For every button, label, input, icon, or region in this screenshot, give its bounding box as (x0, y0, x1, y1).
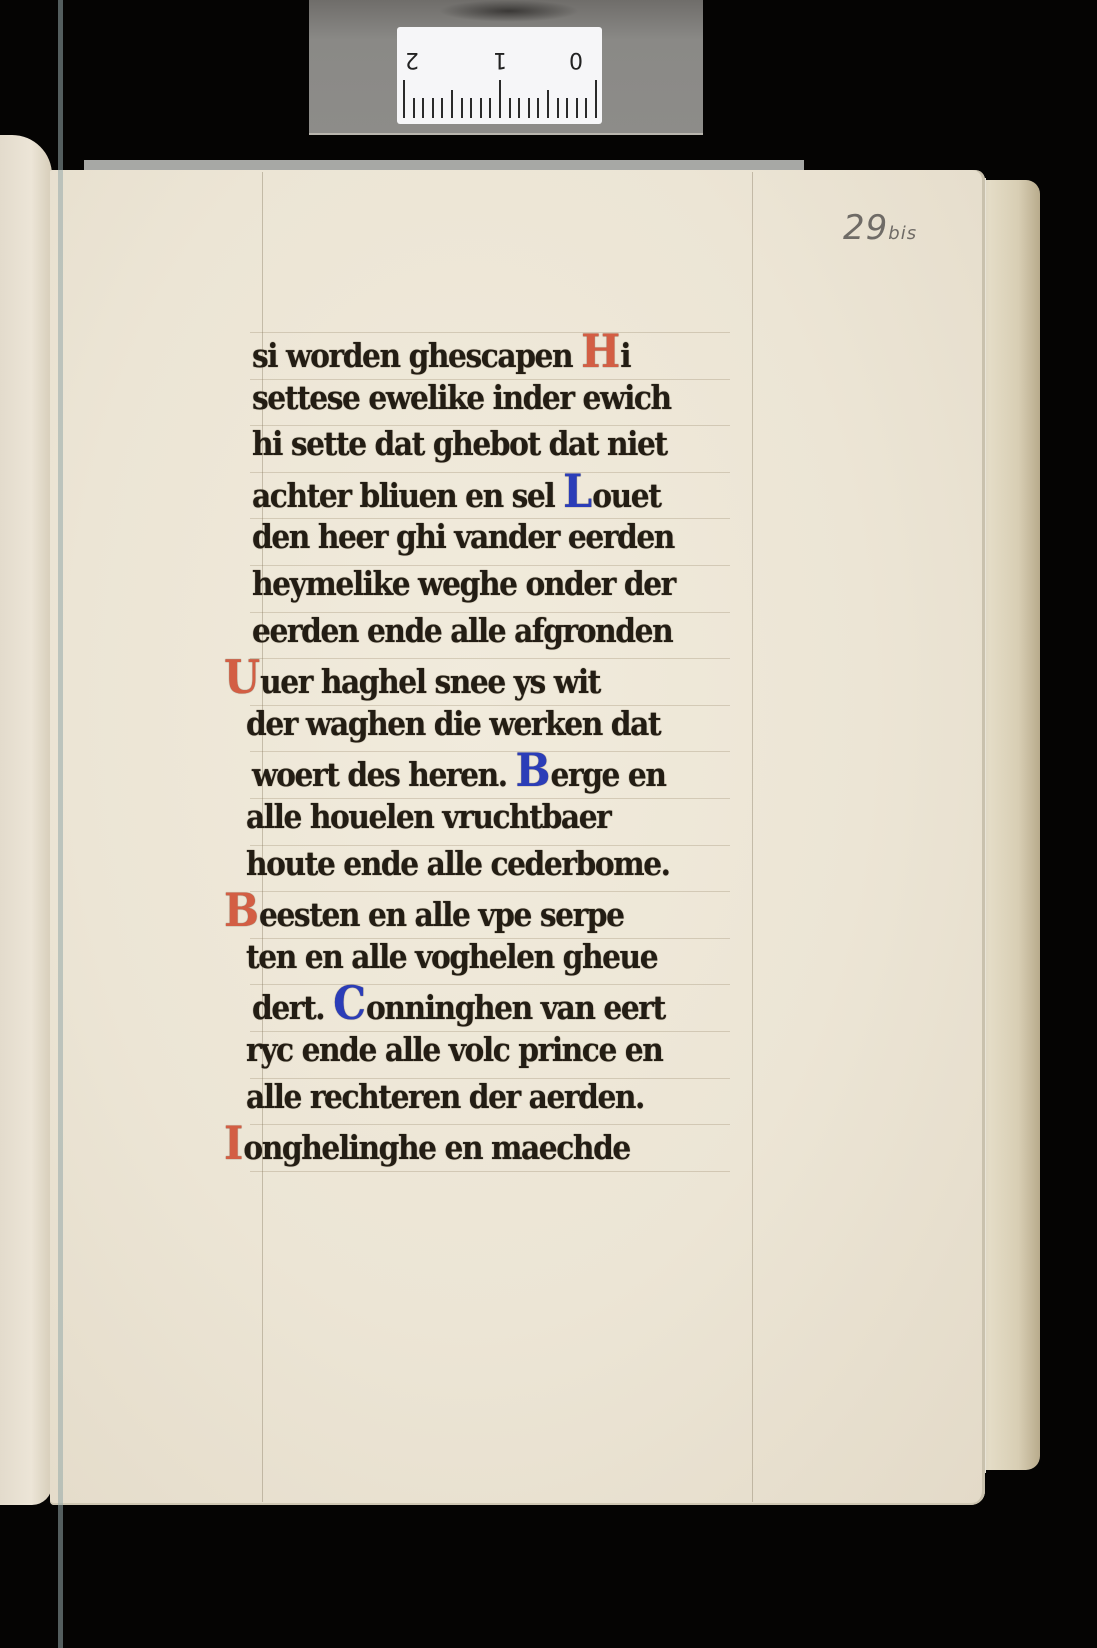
text-line: alle rechteren der aerden. (246, 1074, 719, 1121)
text-line: hi sette dat ghebot dat niet (252, 421, 720, 468)
ruler-tick (547, 90, 549, 118)
line-text: woert des heren. (252, 755, 516, 794)
scale-card-shadow (439, 0, 579, 22)
line-text: ouet (592, 476, 660, 515)
line-text: dert. (252, 988, 333, 1027)
text-line: dert. Conninghen van eert (252, 980, 720, 1027)
blue-initial-letter: B (516, 747, 551, 794)
text-line: achter bliuen en sel Louet (252, 468, 720, 515)
text-line: Uuer haghel snee ys wit (224, 654, 717, 701)
red-initial-letter: U (224, 654, 260, 701)
ruler-tick (441, 98, 443, 118)
ruler-tick (566, 98, 568, 118)
line-text: achter bliuen en sel (252, 476, 563, 515)
ruler-tick (509, 98, 511, 118)
text-line: eerden ende alle afgronden (252, 608, 720, 655)
ruler-tick (537, 98, 539, 118)
ruler-tick (461, 98, 463, 118)
text-line: settese ewelike inder ewich (252, 375, 720, 422)
ruler-tick (413, 98, 415, 118)
line-text: onghelinghe en maechde (243, 1128, 629, 1167)
text-line: den heer ghi vander eerden (252, 514, 720, 561)
folio-main: 29 (843, 208, 888, 248)
ruler-tick (528, 98, 530, 118)
ruler-tick (595, 80, 597, 118)
text-line: ryc ende alle volc prince en (246, 1027, 719, 1074)
line-text: den heer ghi vander eerden (252, 517, 674, 556)
blue-initial-letter: C (333, 980, 366, 1027)
line-text: uer haghel snee ys wit (260, 662, 600, 701)
left-page-edge (0, 135, 52, 1505)
line-text: eerden ende alle afgronden (252, 611, 672, 650)
scale-card: 2 1 0 (309, 0, 703, 135)
line-text: eesten en alle vpe serpe (259, 895, 624, 934)
line-text: der waghen die werken dat (246, 704, 660, 743)
ruler-tick (403, 80, 405, 118)
ruler-tick (470, 98, 472, 118)
red-initial-letter: I (224, 1120, 243, 1167)
text-line: Ionghelinghe en maechde (224, 1120, 717, 1167)
ruler-tick (432, 98, 434, 118)
line-text: alle houelen vruchtbaer (246, 797, 610, 836)
folio-number: 29bis (843, 208, 917, 248)
line-text: ten en alle voghelen gheue (246, 937, 657, 976)
blue-initial-letter: L (563, 468, 592, 515)
text-line: si worden ghescapen Hi (252, 328, 720, 375)
line-text: si worden ghescapen (252, 336, 581, 375)
ruler-label-1: 1 (493, 47, 507, 72)
ruler-tick (499, 80, 501, 118)
ruler-label-2: 2 (405, 47, 419, 72)
scale-ruler: 2 1 0 (397, 27, 602, 124)
ruler-tick (576, 98, 578, 118)
ruler-label-0: 0 (569, 47, 583, 72)
red-initial-letter: B (224, 887, 259, 934)
line-text: settese ewelike inder ewich (252, 378, 671, 417)
ruler-tick (518, 98, 520, 118)
glass-plate-edge (58, 0, 63, 1648)
red-initial-letter: H (581, 328, 620, 375)
text-line: alle houelen vruchtbaer (246, 794, 719, 841)
text-line: heymelike weghe onder der (252, 561, 720, 608)
line-text: houte ende alle cederbome. (246, 844, 670, 883)
text-line: ten en alle voghelen gheue (246, 934, 719, 981)
ruler-ticks (403, 78, 596, 118)
ruler-tick (585, 98, 587, 118)
ruler-tick (480, 98, 482, 118)
line-text: erge en (551, 755, 666, 794)
ruled-line (250, 1171, 730, 1172)
text-block: si worden ghescapen Hisettese ewelike in… (252, 328, 772, 1167)
line-text: ryc ende alle volc prince en (246, 1030, 662, 1069)
line-text: heymelike weghe onder der (252, 564, 675, 603)
line-text: onninghen van eert (366, 988, 665, 1027)
ruler-tick (557, 98, 559, 118)
text-line: der waghen die werken dat (246, 701, 719, 748)
text-line: houte ende alle cederbome. (246, 841, 719, 888)
folio-suffix: bis (888, 223, 917, 244)
ruler-tick (489, 98, 491, 118)
ruler-tick (451, 90, 453, 118)
line-text: hi sette dat ghebot dat niet (252, 424, 667, 463)
text-line: Beesten en alle vpe serpe (224, 887, 717, 934)
line-text: alle rechteren der aerden. (246, 1077, 644, 1116)
text-line: woert des heren. Berge en (252, 747, 720, 794)
ruler-tick (422, 98, 424, 118)
line-text: i (620, 336, 630, 375)
